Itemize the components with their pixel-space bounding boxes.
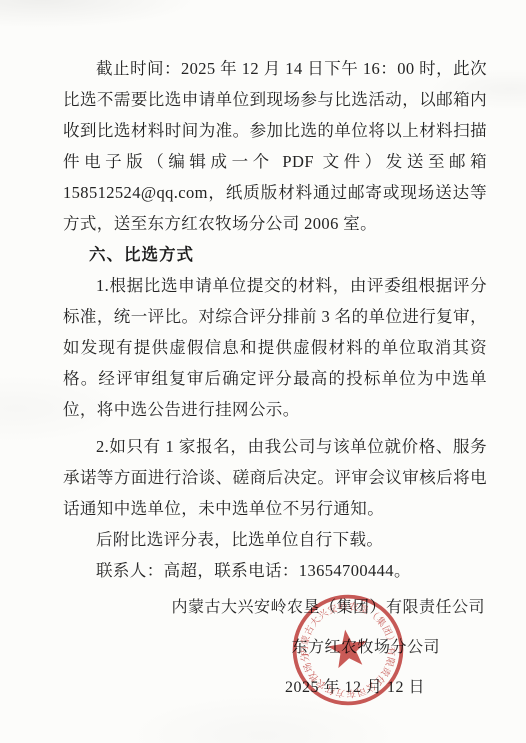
- paragraph-method-2: 2.如只有 1 家报名，由我公司与该单位就价格、服务承诺等方面进行洽谈、磋商后决…: [63, 431, 487, 524]
- signature-block: 内蒙古大兴安岭农垦（集团）有限责任公司 东方红农牧场分公司 2025 年 12 …: [63, 588, 487, 708]
- paragraph-attachment-note: 后附比选评分表，比选单位自行下载。: [63, 524, 487, 555]
- section-heading: 六、比选方式: [63, 239, 487, 270]
- signature-date: 2025 年 12 月 12 日: [285, 668, 425, 708]
- signature-company-line2: 东方红农牧场分公司: [291, 628, 440, 668]
- paragraph-deadline: 截止时间：2025 年 12 月 14 日下午 16：00 时，此次比选不需要比…: [63, 53, 487, 239]
- paragraph-method-1: 1.根据比选申请单位提交的材料，由评委组根据评分标准，统一评比。对综合评分排前 …: [63, 270, 487, 425]
- signature-company-line1: 内蒙古大兴安岭农垦（集团）有限责任公司: [171, 588, 485, 628]
- paragraph-contact: 联系人：高超，联系电话：13654700444。: [63, 555, 487, 586]
- scanned-document-page: 截止时间：2025 年 12 月 14 日下午 16：00 时，此次比选不需要比…: [0, 0, 526, 743]
